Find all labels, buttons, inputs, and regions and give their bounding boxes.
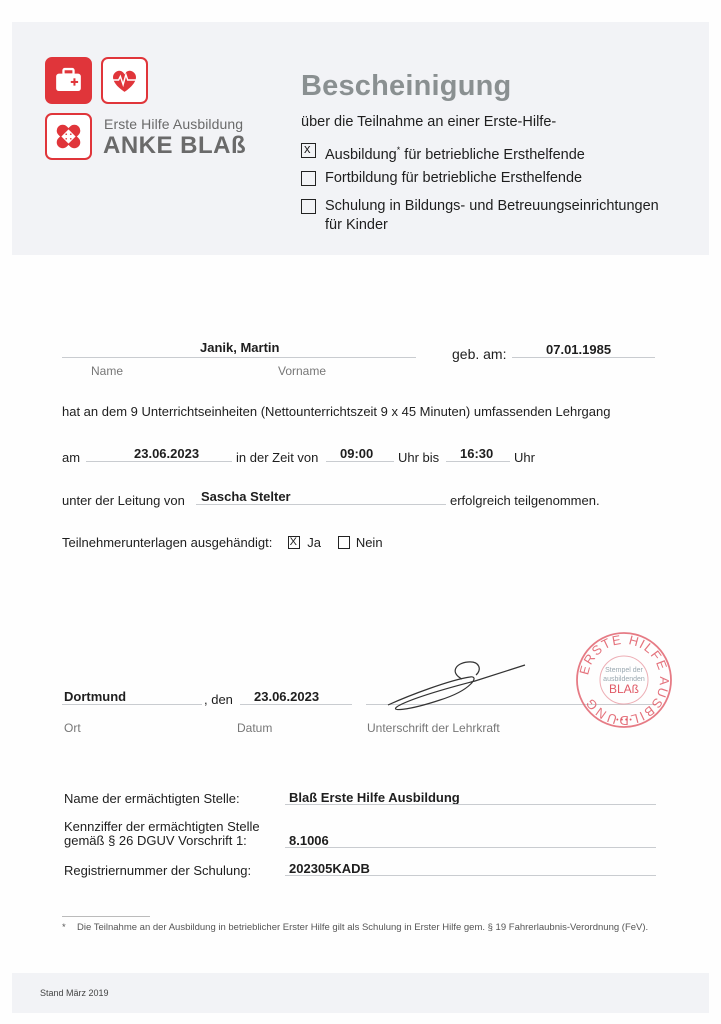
participant-name-value[interactable]: Janik, Martin bbox=[200, 340, 279, 355]
version-stand: Stand März 2019 bbox=[40, 988, 109, 998]
course-sentence: hat an dem 9 Unterrichtseinheiten (Netto… bbox=[62, 404, 610, 419]
footnote-star: * bbox=[62, 921, 66, 934]
option-fortbildung[interactable]: Fortbildung für betriebliche Ersthelfend… bbox=[301, 169, 582, 188]
option-label-rest: für betriebliche Ersthelfende bbox=[400, 147, 585, 163]
bandage-icon bbox=[45, 113, 92, 160]
stamp-inner-line1: Stempel der bbox=[605, 667, 643, 674]
place-label: Ort bbox=[64, 721, 81, 735]
authority-code-value[interactable]: 8.1006 bbox=[289, 833, 329, 848]
documents-label-text: Teilnehmerunterlagen ausgehändigt: bbox=[62, 535, 272, 550]
time-from-value[interactable]: 09:00 bbox=[340, 446, 373, 461]
stamp-dots: • • • • bbox=[616, 717, 632, 724]
option-label: Ausbildung bbox=[325, 147, 397, 163]
signature-label: Unterschrift der Lehrkraft bbox=[367, 721, 500, 735]
option-label: Schulung in Bildungs- und Betreuungseinr… bbox=[325, 198, 659, 214]
documents-nein-label: Nein bbox=[356, 535, 383, 550]
option-schulung[interactable]: Schulung in Bildungs- und Betreuungseinr… bbox=[301, 197, 659, 235]
time-to-value[interactable]: 16:30 bbox=[460, 446, 493, 461]
option-label: Fortbildung für betriebliche Ersthelfend… bbox=[325, 169, 582, 188]
sign-date-value[interactable]: 23.06.2023 bbox=[254, 689, 319, 704]
name-label: Name bbox=[91, 364, 123, 378]
code-label-line1: Kennziffer der ermächtigten Stelle bbox=[64, 819, 260, 834]
time-label: in der Zeit von bbox=[236, 450, 318, 465]
first-aid-kit-icon bbox=[45, 57, 92, 104]
success-label: erfolgreich teilgenommen. bbox=[450, 493, 600, 508]
code-label-line2: gemäß § 26 DGUV Vorschrift 1: bbox=[64, 833, 247, 848]
dob-value[interactable]: 07.01.1985 bbox=[546, 342, 611, 357]
course-date-value[interactable]: 23.06.2023 bbox=[134, 446, 199, 461]
course-date-underline bbox=[86, 461, 232, 462]
footnote: * Die Teilnahme an der Ausbildung in bet… bbox=[62, 921, 662, 934]
sign-date-underline bbox=[240, 704, 352, 705]
page-title: Bescheinigung bbox=[301, 70, 511, 103]
documents-label: Teilnehmerunterlagen ausgehändigt: Ja Ne… bbox=[62, 535, 383, 550]
option-ausbildung[interactable]: Ausbildung* für betriebliche Ersthelfend… bbox=[301, 141, 585, 165]
checkbox-ausbildung[interactable] bbox=[301, 143, 316, 158]
logo-subtitle: Erste Hilfe Ausbildung bbox=[104, 116, 243, 132]
authority-name-value[interactable]: Blaß Erste Hilfe Ausbildung bbox=[289, 790, 460, 805]
signature-scribble bbox=[380, 655, 530, 715]
registration-underline bbox=[285, 875, 656, 876]
stamp: ERSTE HILFE AUSBILDUNG Stempel der ausbi… bbox=[574, 630, 674, 730]
footer-band bbox=[12, 973, 709, 1013]
time-to-underline bbox=[446, 461, 510, 462]
registration-label: Registriernummer der Schulung: bbox=[64, 863, 251, 878]
checkbox-documents-ja[interactable] bbox=[288, 536, 300, 549]
authority-name-label: Name der ermächtigten Stelle: bbox=[64, 791, 240, 806]
documents-ja-label: Ja bbox=[307, 535, 321, 550]
authority-code-label: Kennziffer der ermächtigten Stelle gemäß… bbox=[64, 820, 260, 848]
checkbox-fortbildung[interactable] bbox=[301, 171, 316, 186]
firstname-label: Vorname bbox=[278, 364, 326, 378]
name-underline bbox=[62, 357, 416, 358]
place-underline bbox=[62, 704, 202, 705]
den-label: , den bbox=[204, 692, 233, 707]
stamp-brand: BLAß bbox=[609, 682, 639, 696]
logo-name: ANKE BLAß bbox=[103, 132, 246, 160]
place-value[interactable]: Dortmund bbox=[64, 689, 126, 704]
checkbox-schulung[interactable] bbox=[301, 199, 316, 214]
registration-value[interactable]: 202305KADB bbox=[289, 861, 370, 876]
authority-name-underline bbox=[285, 804, 656, 805]
footnote-text: Die Teilnahme an der Ausbildung in betri… bbox=[77, 921, 662, 934]
time-from-underline bbox=[326, 461, 394, 462]
checkbox-documents-nein[interactable] bbox=[338, 536, 350, 549]
sign-date-label: Datum bbox=[237, 721, 272, 735]
dob-underline bbox=[512, 357, 655, 358]
heart-pulse-icon bbox=[101, 57, 148, 104]
uhr-label: Uhr bbox=[514, 450, 535, 465]
option-label-line2: für Kinder bbox=[325, 217, 388, 233]
footnote-divider bbox=[62, 916, 150, 917]
dob-label: geb. am: bbox=[452, 346, 506, 362]
leitung-label: unter der Leitung von bbox=[62, 493, 185, 508]
am-label: am bbox=[62, 450, 80, 465]
leitung-value[interactable]: Sascha Stelter bbox=[201, 489, 291, 504]
authority-code-underline bbox=[285, 847, 656, 848]
uhr-bis-label: Uhr bis bbox=[398, 450, 439, 465]
leitung-underline bbox=[196, 504, 446, 505]
page-subtitle: über die Teilnahme an einer Erste-Hilfe- bbox=[301, 114, 556, 130]
